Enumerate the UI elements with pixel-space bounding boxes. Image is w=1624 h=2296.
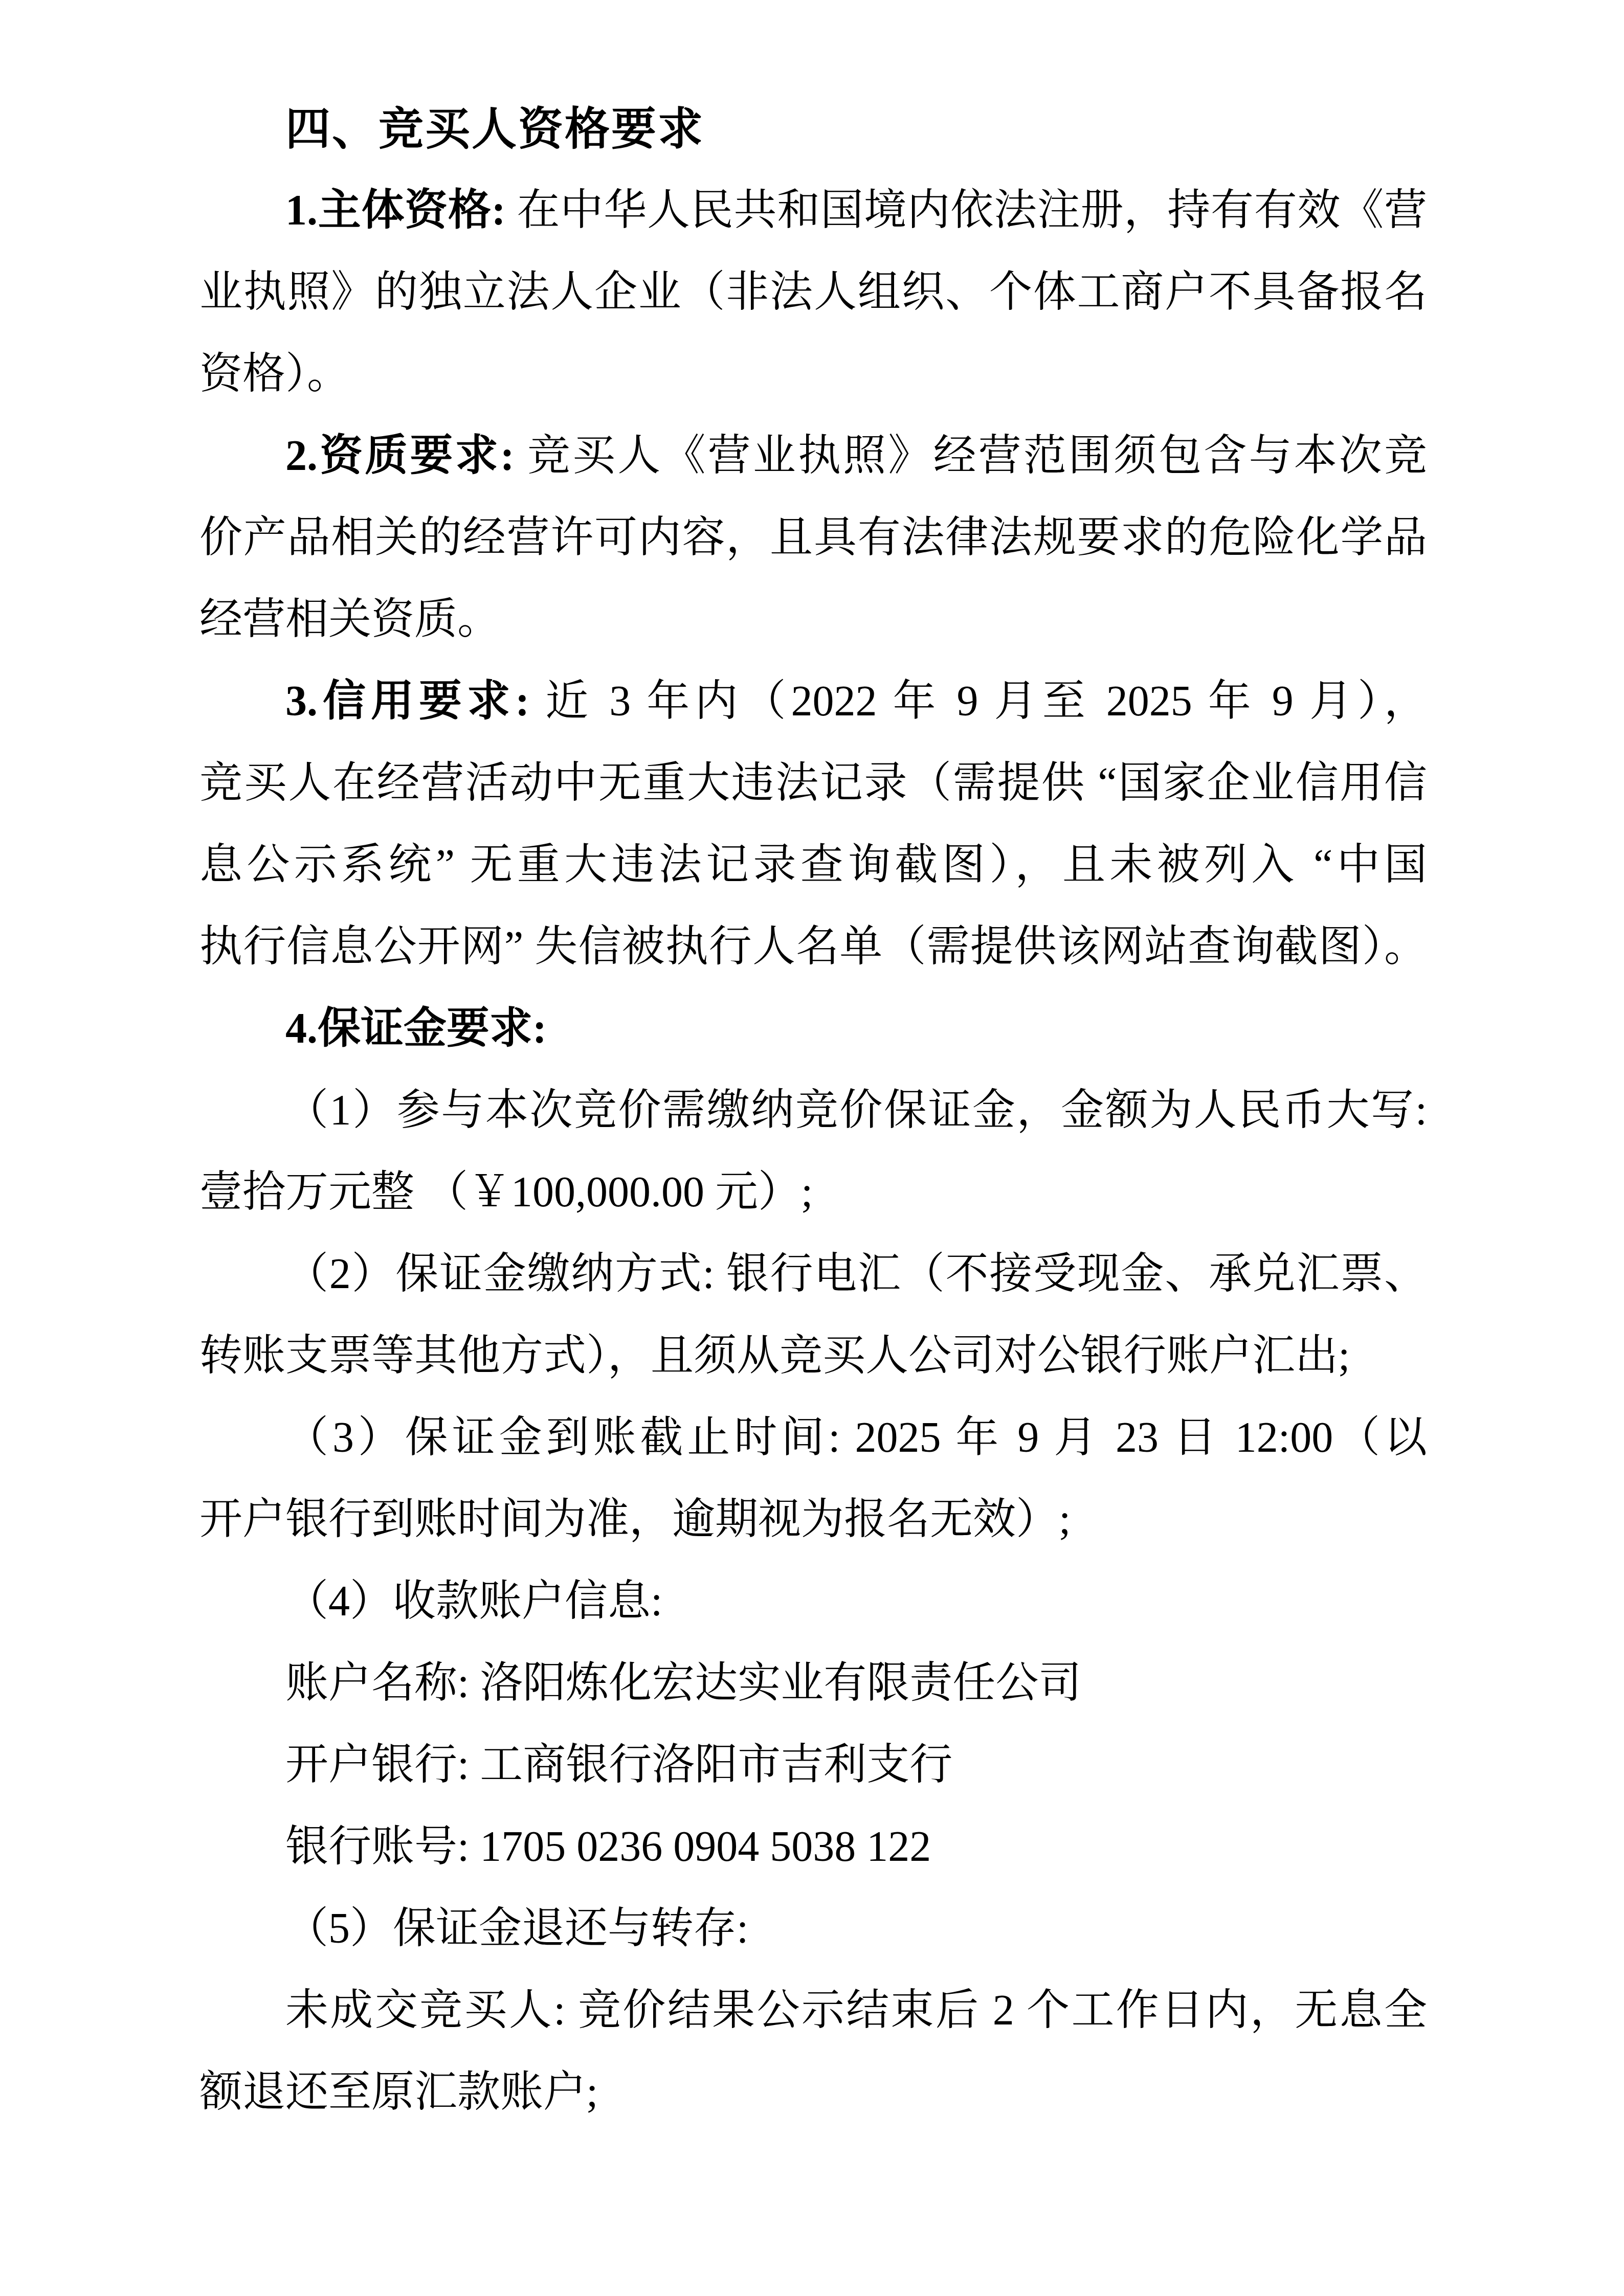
text-segment: 账户名称: 洛阳炼化宏达实业有限责任公司: [285, 1659, 1081, 1707]
text-line: 开户银行: 工商银行洛阳市吉利支行: [199, 1724, 1427, 1806]
text-line: 转账支票等其他方式），且须从竞买人公司对公银行账户汇出;: [199, 1315, 1427, 1397]
text-line: 经营相关资质。: [199, 579, 1427, 661]
text-line: （3）保证金到账截止时间: 2025 年 9 月 23 日 12:00（以: [199, 1397, 1427, 1479]
text-segment: 在中华人民共和国境内依法注册，持有有效《营: [517, 187, 1427, 234]
text-line: 3.信用要求: 近 3 年内（2022 年 9 月至 2025 年 9 月），: [199, 661, 1427, 742]
text-segment: 竞买人《营业执照》经营范围须包含与本次竞: [527, 432, 1427, 480]
page-content: 四、竞买人资格要求 1.主体资格: 在中华人民共和国境内依法注册，持有有效《营业…: [199, 88, 1427, 2133]
text-line: 1.主体资格: 在中华人民共和国境内依法注册，持有有效《营: [199, 170, 1427, 252]
text-line: 价产品相关的经营许可内容，且具有法律法规要求的危险化学品: [199, 497, 1427, 579]
text-line: 执行信息公开网” 失信被执行人名单（需提供该网站查询截图）。: [199, 906, 1427, 988]
text-segment: （1）参与本次竞价需缴纳竞价保证金，金额为人民币大写:: [285, 1087, 1427, 1134]
text-segment: （4）收款账户信息:: [285, 1578, 662, 1625]
text-segment: （2）保证金缴纳方式: 银行电汇（不接受现金、承兑汇票、: [285, 1250, 1427, 1298]
text-segment: 2.资质要求:: [285, 432, 527, 480]
text-segment: （3）保证金到账截止时间: 2025 年 9 月 23 日 12:00（以: [285, 1414, 1427, 1461]
text-line: （1）参与本次竞价需缴纳竞价保证金，金额为人民币大写:: [199, 1070, 1427, 1152]
text-segment: 近 3 年内（2022 年 9 月至 2025 年 9 月），: [545, 678, 1427, 725]
text-line: （5）保证金退还与转存:: [199, 1888, 1427, 1970]
text-line: （2）保证金缴纳方式: 银行电汇（不接受现金、承兑汇票、: [199, 1233, 1427, 1315]
text-segment: 额退还至原汇款账户;: [199, 2068, 598, 2116]
document-body: 1.主体资格: 在中华人民共和国境内依法注册，持有有效《营业执照》的独立法人企业…: [199, 170, 1427, 2133]
text-line: 账户名称: 洛阳炼化宏达实业有限责任公司: [199, 1642, 1427, 1724]
text-segment: 银行账号: 1705 0236 0904 5038 122: [285, 1823, 931, 1871]
text-segment: 1.主体资格:: [285, 187, 517, 234]
text-segment: 开户银行到账时间为准，逾期视为报名无效）;: [199, 1496, 1071, 1543]
text-segment: 4.保证金要求:: [285, 1005, 547, 1052]
text-line: 开户银行到账时间为准，逾期视为报名无效）;: [199, 1479, 1427, 1561]
text-line: 息公示系统” 无重大违法记录查询截图），且未被列入 “中国: [199, 824, 1427, 906]
text-segment: 价产品相关的经营许可内容，且具有法律法规要求的危险化学品: [199, 514, 1427, 561]
text-segment: 息公示系统” 无重大违法记录查询截图），且未被列入 “中国: [199, 841, 1427, 889]
text-line: 资格）。: [199, 333, 1427, 415]
text-segment: 资格）。: [199, 350, 350, 398]
section-heading: 四、竞买人资格要求: [199, 88, 1427, 170]
text-segment: 业执照》的独立法人企业（非法人组织、个体工商户不具备报名: [199, 268, 1427, 316]
text-segment: 开户银行: 工商银行洛阳市吉利支行: [285, 1741, 952, 1789]
text-line: 未成交竞买人: 竞价结果公示结束后 2 个工作日内，无息全: [199, 1970, 1427, 2052]
text-line: 2.资质要求: 竞买人《营业执照》经营范围须包含与本次竞: [199, 415, 1427, 497]
text-segment: 经营相关资质。: [199, 596, 500, 643]
text-segment: 壹拾万元整 （￥100,000.00 元）;: [199, 1168, 813, 1216]
text-line: 4.保证金要求:: [199, 988, 1427, 1070]
text-segment: 转账支票等其他方式），且须从竞买人公司对公银行账户汇出;: [199, 1332, 1350, 1380]
text-segment: 3.信用要求:: [285, 678, 545, 725]
text-segment: 执行信息公开网” 失信被执行人名单（需提供该网站查询截图）。: [199, 923, 1427, 971]
text-line: 银行账号: 1705 0236 0904 5038 122: [199, 1806, 1427, 1888]
text-line: 壹拾万元整 （￥100,000.00 元）;: [199, 1152, 1427, 1233]
section-heading-text: 四、竞买人资格要求: [285, 103, 704, 154]
text-segment: 竞买人在经营活动中无重大违法记录（需提供 “国家企业信用信: [199, 759, 1427, 807]
text-segment: 未成交竞买人: 竞价结果公示结束后 2 个工作日内，无息全: [285, 1987, 1427, 2034]
document-page: 四、竞买人资格要求 1.主体资格: 在中华人民共和国境内依法注册，持有有效《营业…: [0, 0, 1624, 2296]
text-segment: （5）保证金退还与转存:: [285, 1905, 748, 1952]
text-line: （4）收款账户信息:: [199, 1561, 1427, 1642]
text-line: 竞买人在经营活动中无重大违法记录（需提供 “国家企业信用信: [199, 742, 1427, 824]
text-line: 业执照》的独立法人企业（非法人组织、个体工商户不具备报名: [199, 252, 1427, 333]
text-line: 额退还至原汇款账户;: [199, 2052, 1427, 2133]
